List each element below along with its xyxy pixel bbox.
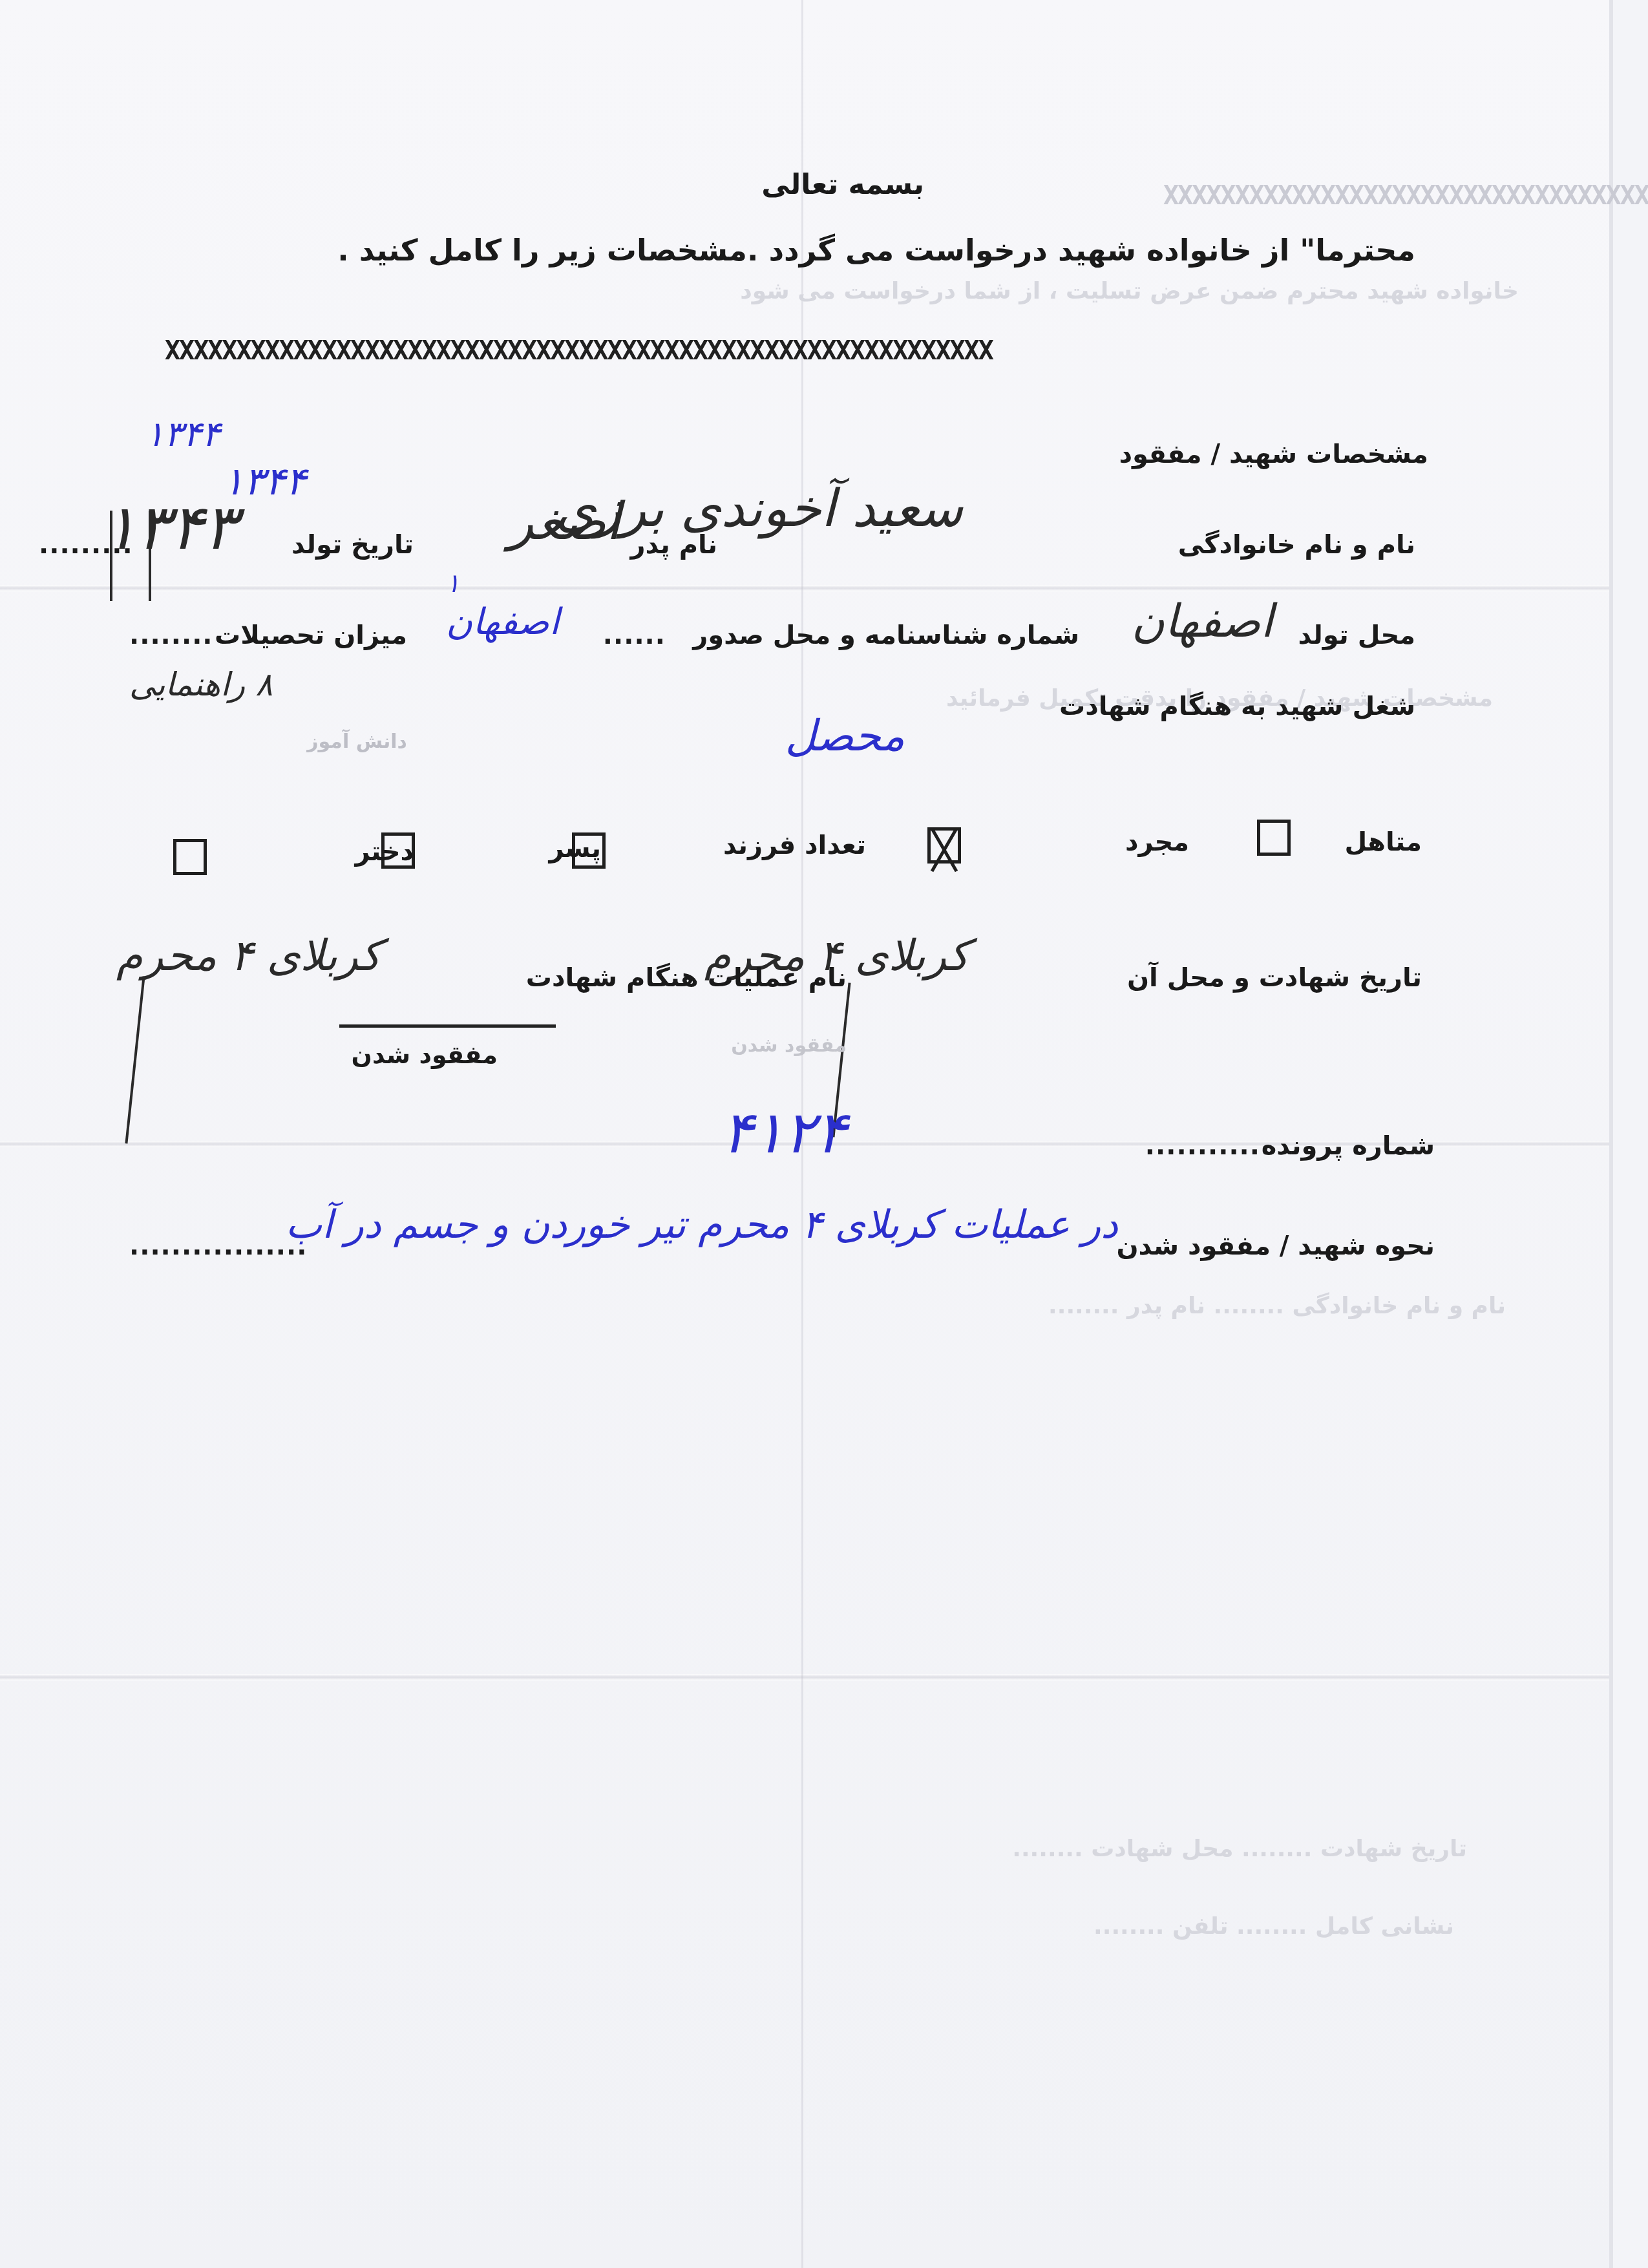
full-name-label-text: نام و نام خانوادگی	[1178, 530, 1415, 560]
martyrdom-date-place-label: تاریخ شهادت و محل آن	[1127, 963, 1422, 993]
handwritten-stroke	[110, 511, 112, 601]
married-checkbox[interactable]	[1257, 820, 1291, 856]
education-label: میزان تحصیلات	[215, 620, 407, 650]
children-count-label: تعداد فرزند	[723, 831, 866, 860]
daughter-label: دختر	[355, 837, 414, 867]
id-number-value: ۱	[446, 569, 460, 599]
occupation-label: شغل شهید به هنگام شهادت	[1059, 692, 1415, 721]
id-number-label: شماره شناسنامه و محل صدور	[693, 620, 1079, 650]
id-dots: ......	[603, 620, 666, 650]
marital-married-label: متاهل	[1344, 827, 1422, 857]
manner-label: نحوه شهید / مفقود شدن	[1116, 1231, 1435, 1261]
manner-dots: .................	[129, 1231, 307, 1261]
birth-date-value: ۱۳۴۳	[103, 491, 237, 564]
missing-sub-label: مفقود شدن	[731, 1034, 847, 1057]
paper-fold-line	[0, 585, 1609, 591]
id-issue-place-value: اصفهان	[446, 601, 559, 643]
occupation-value: محصل	[785, 711, 905, 761]
birth-place-value: اصفهان	[1132, 595, 1273, 648]
education-dots: ........	[129, 620, 213, 650]
form-heading: بسمه تعالی	[761, 168, 924, 201]
birth-date-label: تاریخ تولد	[291, 530, 414, 560]
full-name-label: نام و نام خانوادگی	[1178, 530, 1415, 560]
missing-label: مفقود شدن	[351, 1041, 498, 1069]
bleed-through-separator: XXXXXXXXXXXXXXXXXXXXXXXXXXXXXXXXXXXXXXXX…	[1163, 181, 1648, 211]
scanned-form-page: خانواده شهید محترم ضمن عرض تسلیت ، از شم…	[0, 0, 1613, 2268]
single-checkbox[interactable]	[927, 827, 961, 864]
bleed-through-text: خانواده شهید محترم ضمن عرض تسلیت ، از شم…	[740, 278, 1519, 304]
father-name-label: نام پدر	[631, 530, 717, 560]
bleed-through-text: نشانی کامل ........ تلفن ........	[1093, 1913, 1454, 1940]
daughter-checkbox[interactable]	[173, 839, 207, 875]
file-number-value: ۴۱۲۴	[722, 1099, 847, 1167]
occupation-note: دانش آموز	[307, 730, 407, 753]
form-intro: محترما" از خانواده شهید درخواست می گردد …	[337, 233, 1415, 268]
separator-x-row: XXXXXXXXXXXXXXXXXXXXXXXXXXXXXXXXXXXXXXXX…	[165, 336, 993, 366]
bleed-through-text: نام و نام خانوادگی ........ نام پدر ....…	[1048, 1293, 1506, 1319]
education-note: ۸ راهنمایی	[129, 666, 273, 703]
son-label: پسر	[549, 834, 601, 864]
paper-fold-line	[0, 1674, 1609, 1680]
father-name-value: اصغر	[509, 491, 620, 551]
missing-underline	[339, 1024, 556, 1028]
birth-date-correction: ۱۳۴۴	[223, 459, 306, 504]
marital-single-label: مجرد	[1125, 827, 1189, 857]
birth-date-note: ۱۳۴۴	[145, 414, 220, 454]
manner-value: در عملیات کربلای ۴ محرم تیر خوردن و جسم …	[286, 1202, 1118, 1247]
file-number-dots: ...........	[1145, 1131, 1260, 1161]
section-title: مشخصات شهید / مفقود	[1119, 440, 1428, 469]
birth-place-label: محل تولد	[1298, 620, 1415, 650]
bleed-through-text: تاریخ شهادت ........ محل شهادت ........	[1012, 1836, 1467, 1862]
file-number-label: شماره پرونده	[1262, 1131, 1435, 1161]
operation-name-value: کربلای ۴ محرم	[116, 931, 381, 980]
handwritten-stroke	[125, 977, 145, 1144]
handwritten-stroke	[149, 511, 151, 601]
operation-name-label: نام عملیات هنگام شهادت	[526, 963, 847, 993]
